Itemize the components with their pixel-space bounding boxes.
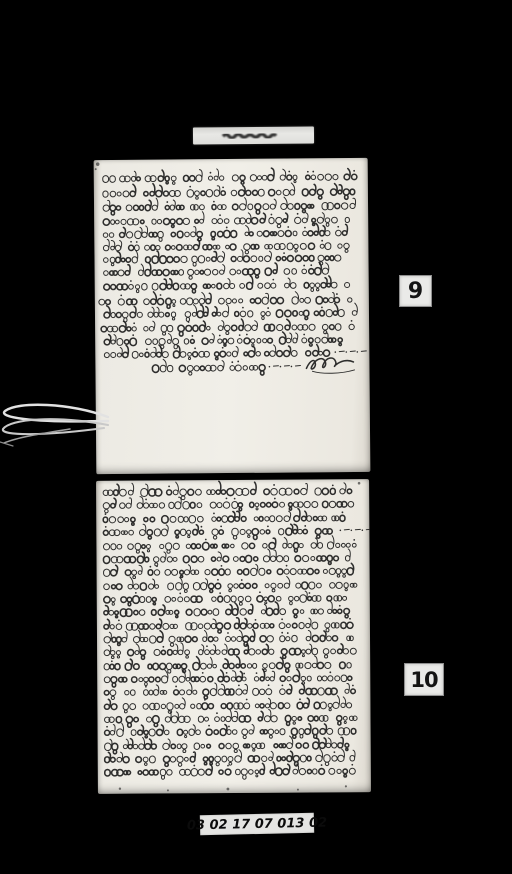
binding-thread — [0, 395, 112, 453]
scan-photo: 9 10 03 02 17 07 013 02 — [0, 0, 512, 874]
handwriting-top — [94, 158, 371, 474]
page-marker-10-label: 10 — [410, 668, 437, 692]
page-marker-10: 10 — [404, 663, 444, 696]
manuscript-page-bottom — [96, 479, 371, 794]
illegible-print-icon — [193, 126, 314, 144]
handwriting-bottom — [96, 479, 371, 794]
manuscript-page-top — [94, 158, 371, 474]
page-marker-9-label: 9 — [408, 279, 423, 304]
archive-code-text: 03 02 17 07 013 02 — [187, 815, 328, 833]
page-marker-9: 9 — [399, 275, 432, 307]
archive-code-label: 03 02 17 07 013 02 — [200, 813, 314, 835]
top-label — [193, 126, 314, 144]
